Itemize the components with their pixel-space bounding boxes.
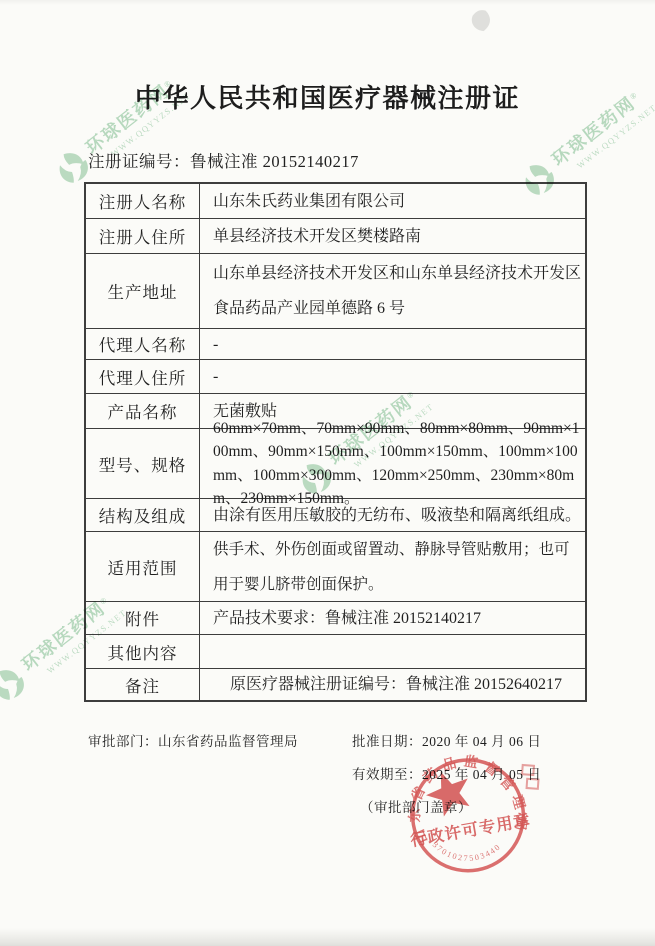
row-label: 适用范围 (86, 532, 200, 601)
row-label: 代理人名称 (86, 329, 200, 359)
official-seal: 山东省药品监督管理局 行政许可专用章 3701027503440 (375, 720, 565, 910)
table-row: 代理人名称 - (86, 328, 585, 359)
row-value: 山东单县经济技术开发区和山东单县经济技术开发区食品药品产业园单德路 6 号 (200, 254, 585, 328)
table-row: 其他内容 (86, 634, 585, 668)
row-value: - (200, 360, 585, 393)
row-value: 单县经济技术开发区樊楼路南 (200, 219, 585, 253)
globe-leaf-logo-icon (0, 660, 33, 708)
table-row: 附件 产品技术要求：鲁械注准 20152140217 (86, 601, 585, 634)
row-label: 代理人住所 (86, 360, 200, 393)
row-value: 由涂有医用压敏胶的无纺布、吸液垫和隔离纸组成。 (200, 499, 585, 531)
certificate-page: 环球医药网® WWW.QQYYZS.NET 环球医药网® WWW.QQYYZS.… (0, 0, 655, 946)
cert-number-value: 鲁械注准 20152140217 (190, 152, 359, 171)
table-row: 备注 原医疗器械注册证编号：鲁械注准 20152640217 (86, 668, 585, 700)
row-label: 备注 (86, 669, 200, 700)
seal-smudge-marks (521, 763, 541, 791)
table-row: 代理人住所 - (86, 359, 585, 393)
page-title: 中华人民共和国医疗器械注册证 (0, 78, 655, 115)
row-value: 山东朱氏药业集团有限公司 (200, 184, 585, 218)
row-label: 注册人住所 (86, 219, 200, 253)
cert-number-line: 注册证编号：鲁械注准 20152140217 (88, 148, 359, 172)
table-row: 注册人名称 山东朱氏药业集团有限公司 (86, 184, 585, 218)
approval-dept-label: 审批部门： (88, 734, 158, 749)
row-value: - (200, 329, 585, 359)
row-label: 结构及组成 (86, 499, 200, 531)
row-label: 生产地址 (86, 254, 200, 328)
row-label: 注册人名称 (86, 184, 200, 218)
row-value: 供手术、外伤创面或留置动、静脉导管贴敷用；也可用于婴儿脐带创面保护。 (200, 532, 585, 601)
row-value: 产品技术要求：鲁械注准 20152140217 (200, 602, 585, 634)
table-row: 适用范围 供手术、外伤创面或留置动、静脉导管贴敷用；也可用于婴儿脐带创面保护。 (86, 531, 585, 601)
row-value (200, 635, 585, 668)
approval-dept-value: 山东省药品监督管理局 (158, 734, 298, 749)
table-row: 结构及组成 由涂有医用压敏胶的无纺布、吸液垫和隔离纸组成。 (86, 498, 585, 531)
watermark: 环球医药网® WWW.QQYYZS.NET (46, 55, 207, 194)
table-row: 型号、规格 60mm×70mm、70mm×90mm、80mm×80mm、90mm… (86, 428, 585, 498)
row-label: 型号、规格 (86, 429, 200, 498)
row-label: 其他内容 (86, 635, 200, 668)
row-label: 附件 (86, 602, 200, 634)
row-value: 60mm×70mm、70mm×90mm、80mm×80mm、90mm×100mm… (200, 429, 585, 498)
approval-dept-line: 审批部门：山东省药品监督管理局 (88, 730, 298, 750)
cert-number-label: 注册证编号： (88, 152, 190, 171)
table-row: 注册人住所 单县经济技术开发区樊楼路南 (86, 218, 585, 253)
scan-smudge-leaf-icon (464, 4, 498, 38)
row-label: 产品名称 (86, 394, 200, 428)
table-row: 生产地址 山东单县经济技术开发区和山东单县经济技术开发区食品药品产业园单德路 6… (86, 253, 585, 328)
row-value: 原医疗器械注册证编号：鲁械注准 20152640217 (200, 669, 585, 700)
certificate-table: 注册人名称 山东朱氏药业集团有限公司 注册人住所 单县经济技术开发区樊楼路南 生… (84, 182, 587, 702)
